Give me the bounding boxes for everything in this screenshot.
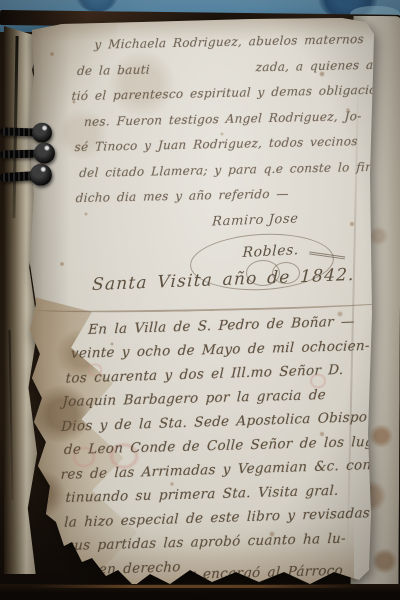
record-closing-paragraph: y Michaela Rodriguez, abuelos maternos d… — [70, 27, 374, 212]
binding-peg — [0, 171, 42, 183]
binding-peg — [0, 150, 45, 159]
photo-of-manuscript-book: y Michaela Rodriguez, abuelos maternos d… — [0, 0, 400, 600]
manuscript-page: y Michaela Rodriguez, abuelos maternos d… — [22, 14, 378, 592]
binding-peg — [0, 127, 42, 136]
table-edge-highlight — [30, 585, 360, 588]
signature-forename: Ramiro Jose — [212, 211, 299, 229]
signature-surname: Robles. — [242, 242, 299, 261]
santa-visita-heading: Santa Visita año de 1842. — [92, 265, 356, 295]
visita-record-paragraph: En la Villa de S. Pedro de Boñar — veint… — [56, 309, 374, 591]
manuscript-page-wrap: y Michaela Rodriguez, abuelos maternos d… — [22, 14, 378, 592]
handwriting-line: dicho dia mes y año referido — — [73, 180, 374, 212]
